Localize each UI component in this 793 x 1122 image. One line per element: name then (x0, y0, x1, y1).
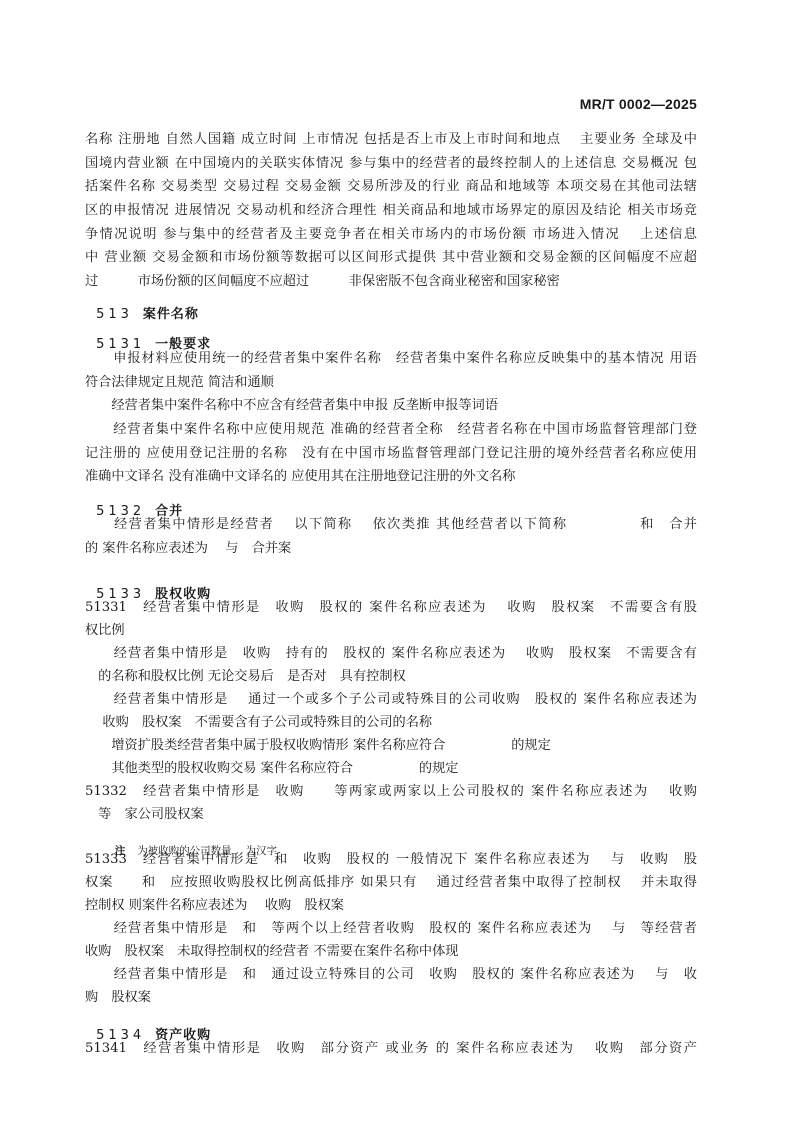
intro-line: 区的申报情况 进展情况 交易动机和经济合理性 相关商品和地域市场界定的原因及结论… (85, 202, 697, 220)
section-heading-5131: 5131一般要求 (85, 318, 211, 352)
body-line: 经营者集中情形是 和 等两个以上经营者收购 股权的 案件名称应表述为 与 等经营… (85, 920, 697, 938)
body-line: 权案 和 应按照收购股权比例高低排序 如果只有 通过经营者集中取得了控制权 并未… (85, 874, 697, 892)
body-line: 经营者集中情形是 收购 持有的 股权的 案件名称应表述为 收购 股权案 不需要含… (85, 645, 697, 663)
body-line: 记注册的 应使用登记注册的名称 没有在中国市场监督管理部门登记注册的境外经营者名… (85, 445, 697, 463)
body-line: 51341 经营者集中情形是 收购 部分资产 或业务 的 案件名称应表述为 收购… (85, 1040, 697, 1058)
body-line: 经营者集中情形是 和 通过设立特殊目的公司 收购 股权的 案件名称应表述为 与 … (85, 966, 697, 984)
body-line: 准确中文译名 没有准确中文译名的 应使用其在注册地登记注册的外文名称 (85, 468, 697, 486)
body-line: 收购 股权案 未取得控制权的经营者 不需要在案件名称中体现 (85, 943, 697, 961)
body-line: 经营者集中情形是经营者 以下简称 依次类推 其他经营者以下简称 和 合并 (85, 516, 697, 534)
intro-line: 国境内营业额 在中国境内的关联实体情况 参与集中的经营者的最终控制人的上述信息 … (85, 155, 697, 173)
body-line: 51333 经营者集中情形是 和 收购 股权的 一般情况下 案件名称应表述为 与… (85, 851, 697, 869)
body-line: 控制权 则案件名称应表述为 收购 股权案 (85, 897, 697, 915)
body-line: 的名称和股权比例 无论交易后 是否对 具有控制权 (85, 668, 697, 686)
section-heading-5133: 5133股权收购 (85, 568, 211, 602)
body-line: 的 案件名称应表述为 与 合并案 (85, 540, 697, 558)
body-line: 申报材料应使用统一的经营者集中案件名称 经营者集中案件名称应反映集中的基本情况 … (85, 350, 697, 368)
intro-line: 中 营业额 交易金额和市场份额等数据可以区间形式提供 其中营业额和交易金额的区间… (85, 249, 697, 267)
body-line: 经营者集中案件名称中不应含有经营者集中申报 反垄断申报等词语 (85, 397, 697, 415)
body-line: 等 家公司股权案 (85, 806, 697, 824)
document-code: MR/T 0002—2025 (580, 96, 697, 112)
section-heading-5132: 5132合并 (85, 485, 183, 519)
intro-line: 争情况说明 参与集中的经营者及主要竞争者在相关市场内的市场份额 市场进入情况 上… (85, 226, 697, 244)
body-line: 51332 经营者集中情形是 收购 等两家或两家以上公司股权的 案件名称应表述为… (85, 783, 697, 801)
body-line: 符合法律规定且规范 简洁和通顺 (85, 374, 697, 392)
intro-line: 括案件名称 交易类型 交易过程 交易金额 交易所涉及的行业 商品和地域等 本项交… (85, 178, 697, 196)
intro-line: 名称 注册地 自然人国籍 成立时间 上市情况 包括是否上市及上市时间和地点 主要… (85, 131, 697, 149)
body-line: 其他类型的股权收购交易 案件名称应符合 的规定 (85, 760, 697, 778)
body-line: 增资扩股类经营者集中属于股权收购情形 案件名称应符合 的规定 (85, 737, 697, 755)
body-line: 经营者集中案件名称中应使用规范 准确的经营者全称 经营者名称在中国市场监督管理部… (85, 421, 697, 439)
body-line: 51331 经营者集中情形是 收购 股权的 案件名称应表述为 收购 股权案 不需… (85, 599, 697, 617)
body-line: 收购 股权案 不需要含有子公司或特殊目的公司的名称 (85, 714, 697, 732)
section-heading-5134: 5134资产收购 (85, 1009, 211, 1043)
body-line: 经营者集中情形是 通过一个或多个子公司或特殊目的公司收购 股权的 案件名称应表述… (85, 691, 697, 709)
body-line: 购 股权案 (85, 989, 697, 1007)
section-heading-513: 513案件名称 (85, 288, 199, 322)
body-line: 权比例 (85, 622, 697, 640)
